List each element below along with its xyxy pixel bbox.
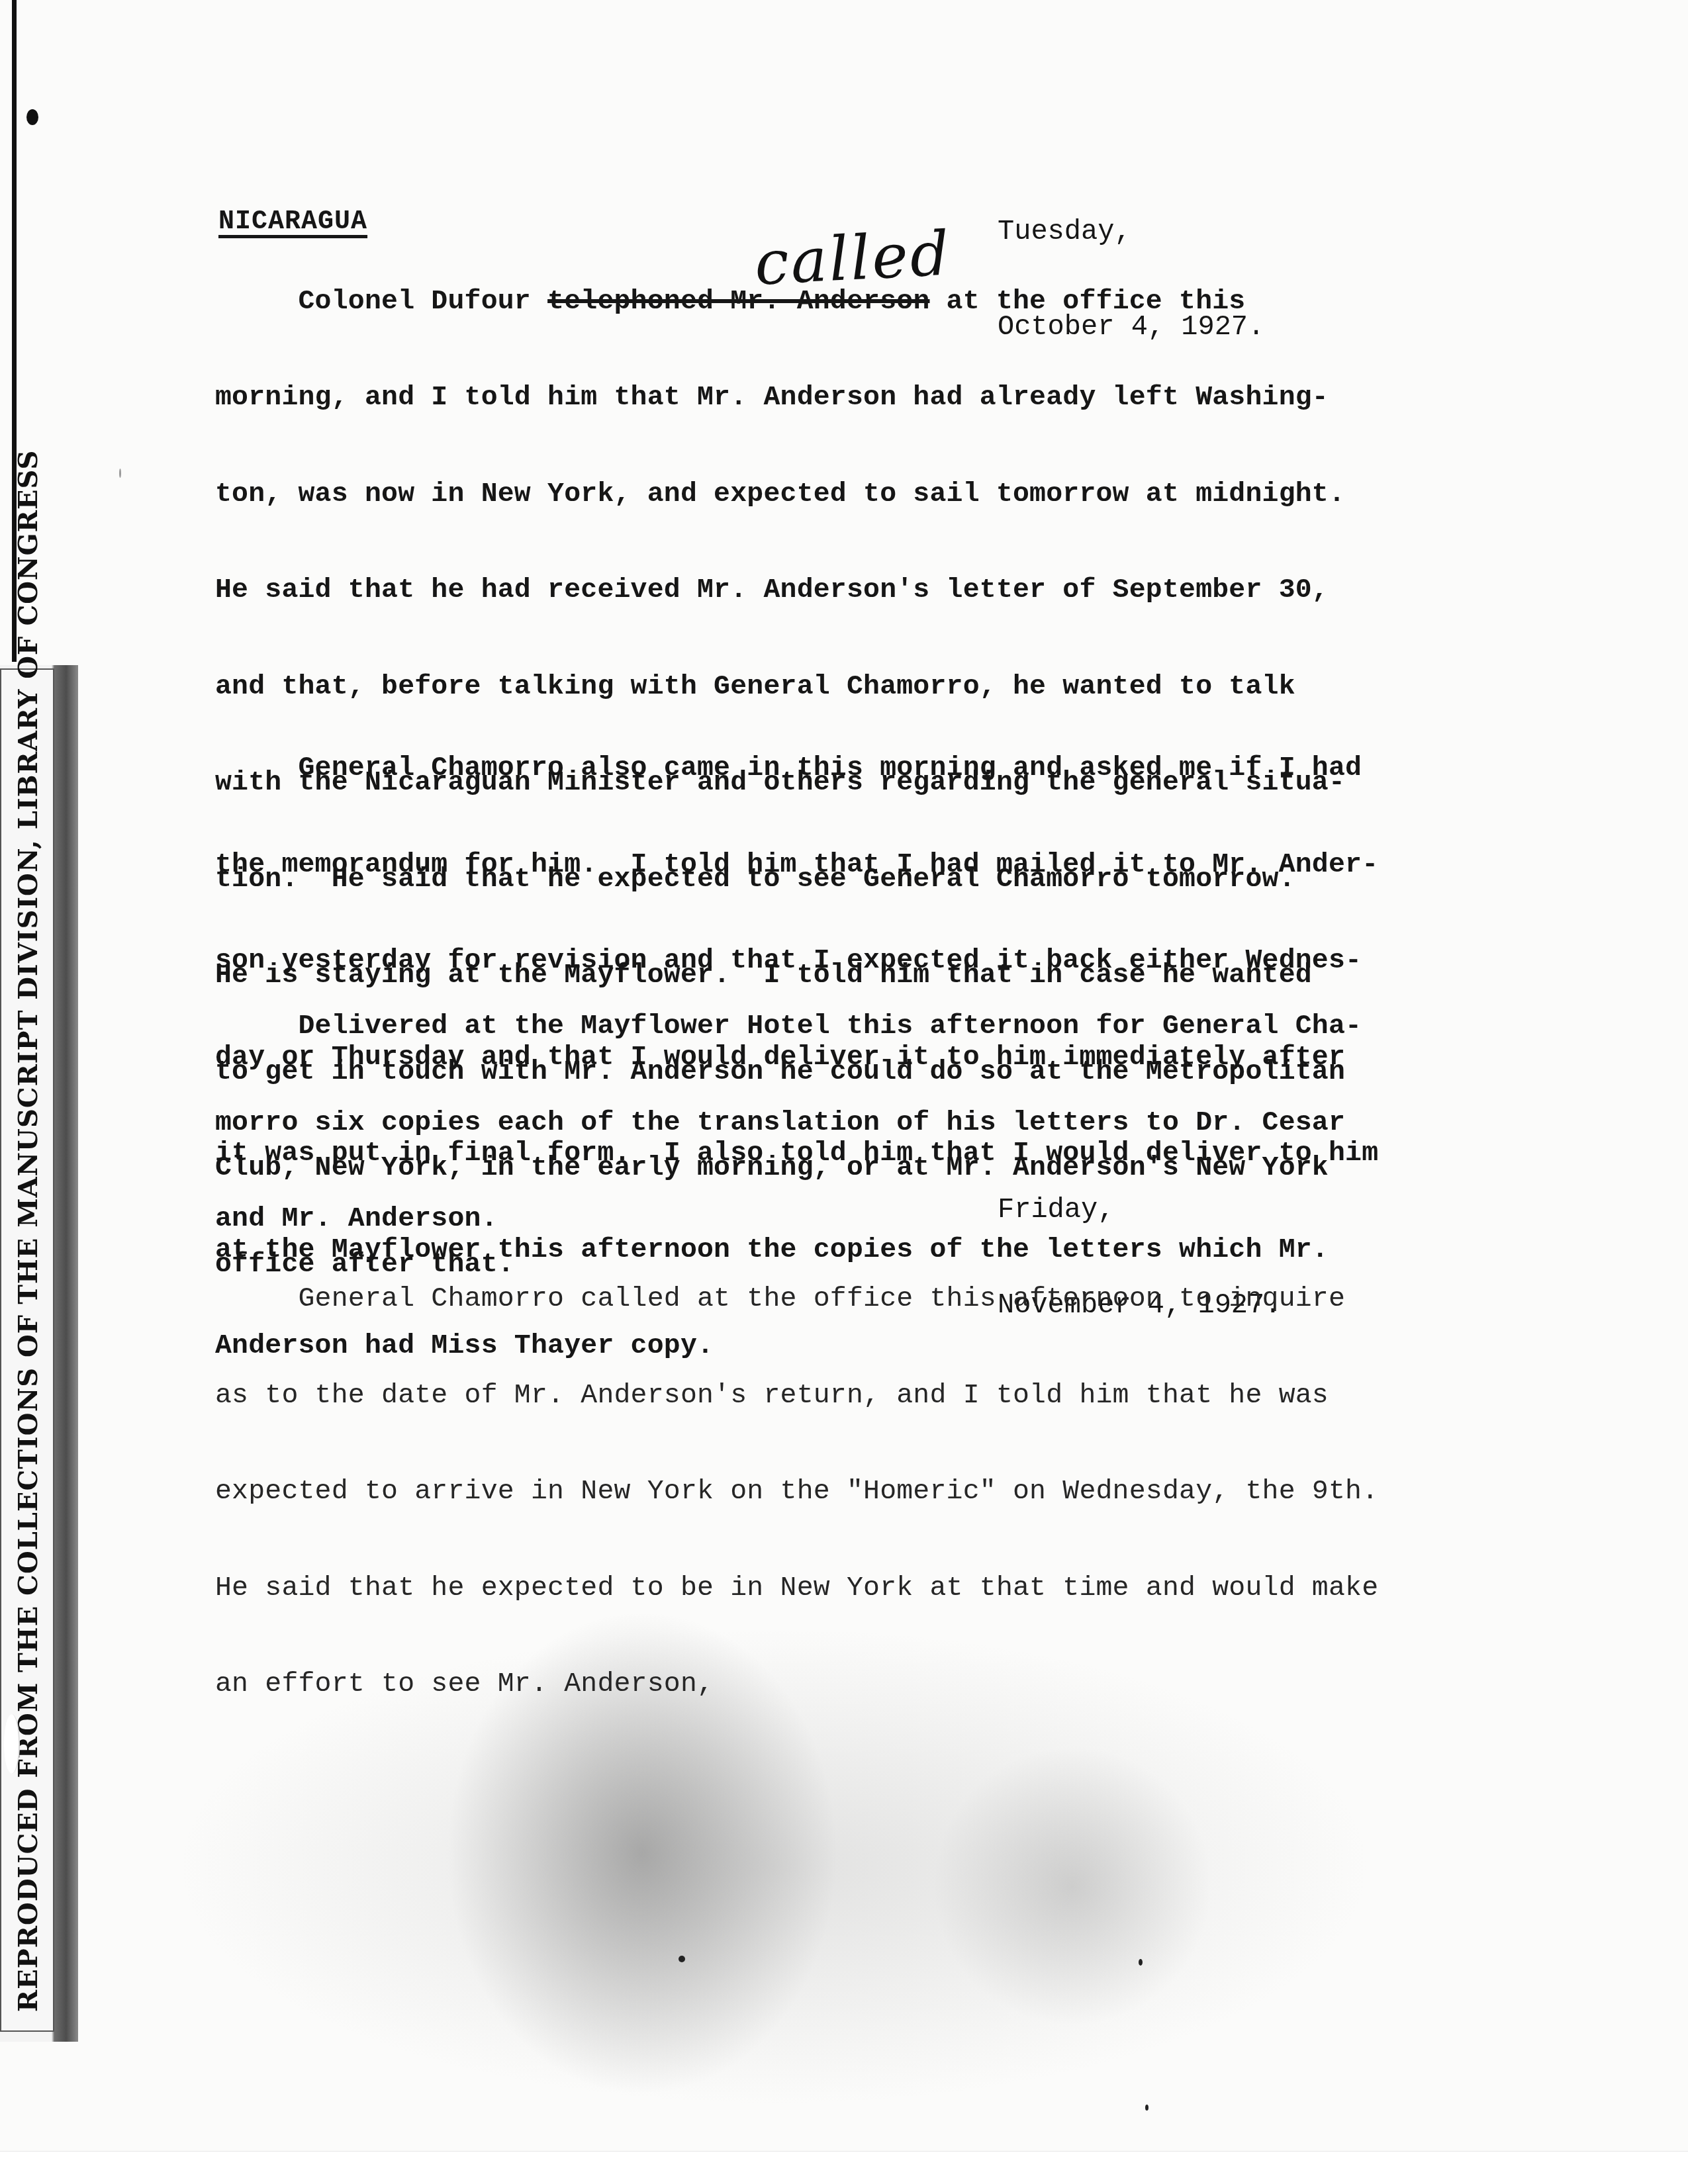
paragraph-4: General Chamorro called at the office th… xyxy=(215,1219,1632,1733)
text-line: He said that he expected to be in New Yo… xyxy=(215,1572,1632,1605)
first-line-rest: at the office this xyxy=(930,286,1246,317)
ink-blot xyxy=(26,109,38,125)
ink-speck xyxy=(119,469,121,478)
text-line: morro six copies each of the translation… xyxy=(215,1107,1632,1140)
text-line: expected to arrive in New York on the "H… xyxy=(215,1476,1632,1508)
ink-speck xyxy=(679,1956,685,1962)
document-heading: NICARAGUA xyxy=(218,207,367,237)
punch-hole xyxy=(4,1714,20,1774)
first-line-lead: Colonel Dufour xyxy=(215,286,547,317)
handwritten-correction: called xyxy=(753,223,953,294)
dateline-day: Tuesday, xyxy=(998,216,1264,248)
text-line: as to the date of Mr. Anderson's return,… xyxy=(215,1380,1632,1412)
archive-stamp-text: REPRODUCED FROM THE COLLECTIONS OF THE M… xyxy=(13,688,44,2012)
text-line: morning, and I told him that Mr. Anderso… xyxy=(215,382,1632,414)
ink-speck xyxy=(1145,2105,1149,2111)
first-line: Colonel Dufour telephoned Mr. Anderson a… xyxy=(215,286,1632,318)
struck-text: telephoned Mr. Anderson xyxy=(547,286,929,317)
text-line: He said that he had received Mr. Anderso… xyxy=(215,574,1632,607)
ink-speck xyxy=(1139,1959,1143,1966)
text-line: Delivered at the Mayflower Hotel this af… xyxy=(215,1011,1632,1043)
text-line: an effort to see Mr. Anderson, xyxy=(215,1668,1632,1701)
text-line: the memorandum for him. I told him that … xyxy=(215,849,1632,882)
text-line: General Chamorro called at the office th… xyxy=(215,1283,1632,1316)
text-line: General Chamorro also came in this morni… xyxy=(215,752,1632,785)
bottom-margin xyxy=(0,2151,1688,2184)
text-line: ton, was now in New York, and expected t… xyxy=(215,478,1632,511)
